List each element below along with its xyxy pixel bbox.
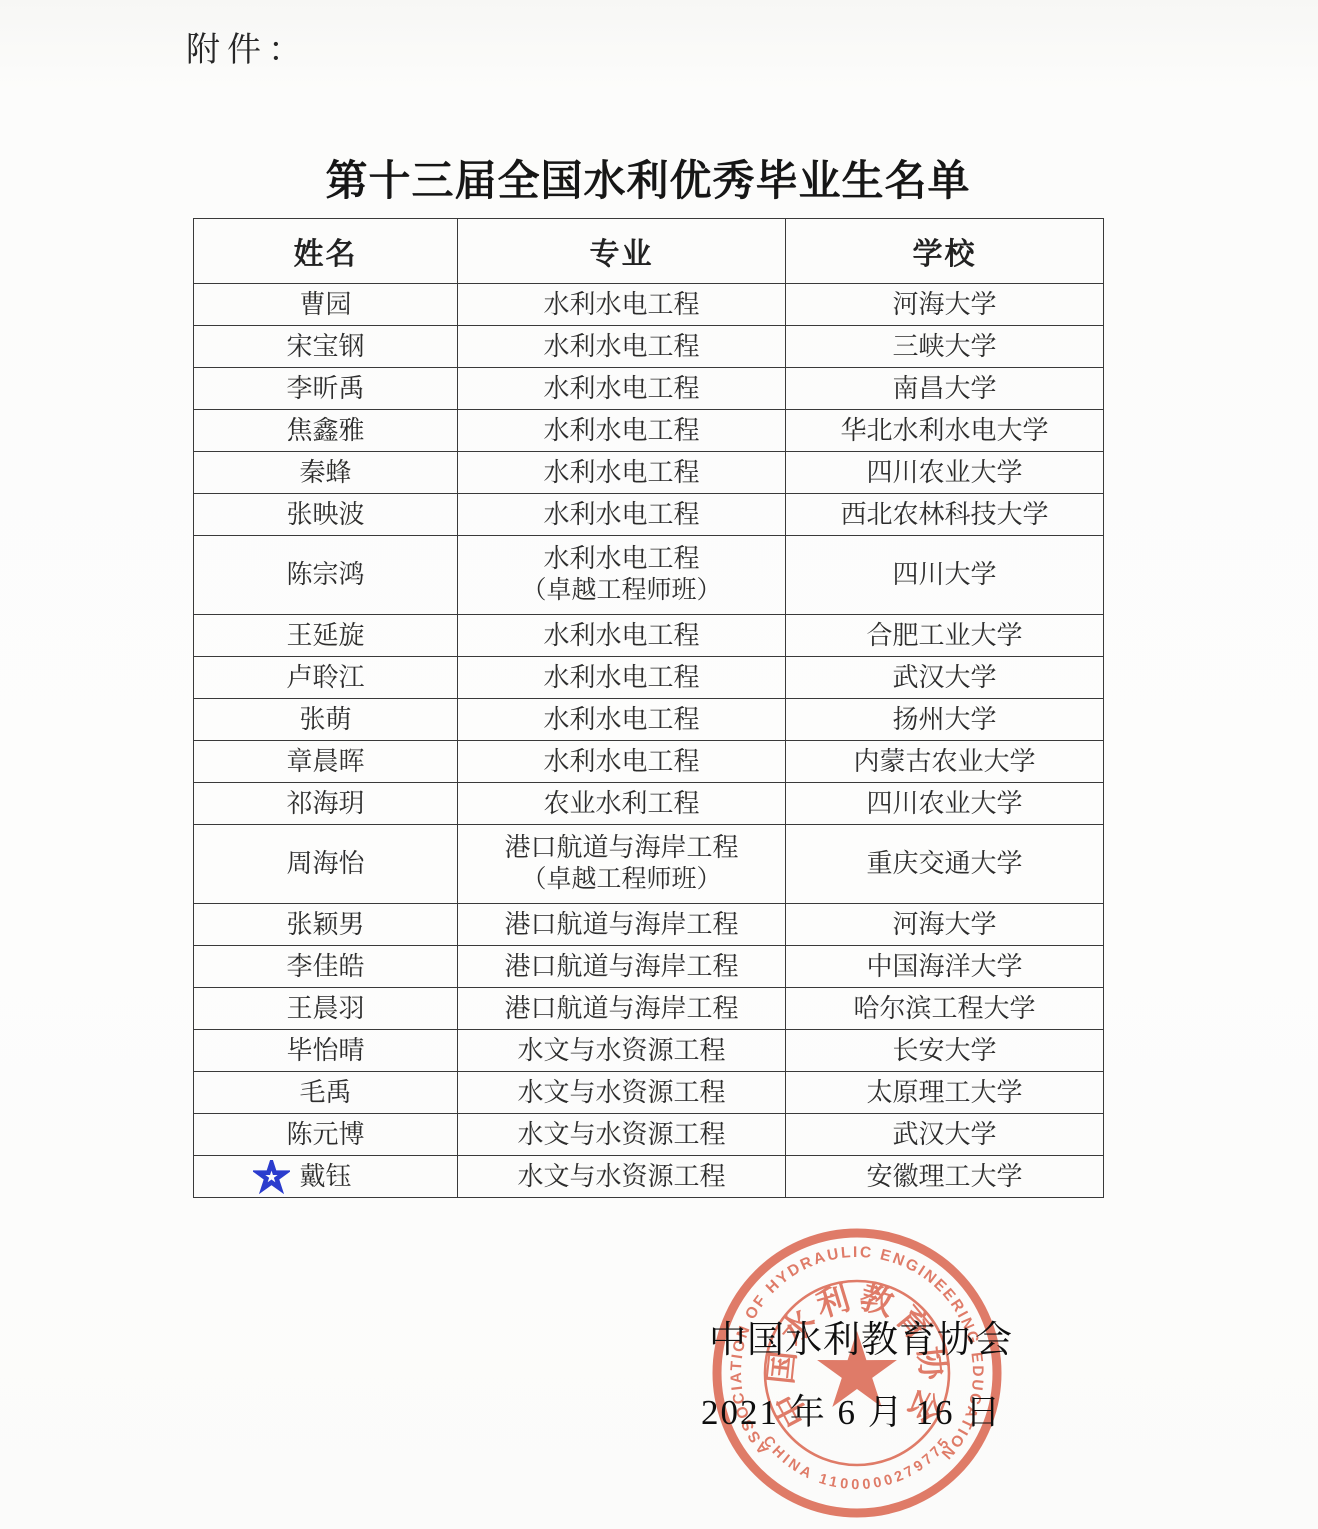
table-row: 毛禹 水文与水资源工程 太原理工大学: [194, 1072, 1104, 1114]
student-name: 李佳皓: [286, 951, 364, 983]
table-row: 周海怡 港口航道与海岸工程 （卓越工程师班） 重庆交通大学: [194, 825, 1104, 904]
major-text: 水利水电工程: [458, 620, 785, 652]
major-text: 港口航道与海岸工程: [458, 909, 785, 941]
school-cell: 西北农林科技大学: [786, 494, 1104, 536]
school-cell: 中国海洋大学: [786, 946, 1104, 988]
student-name-cell: 祁海玥: [194, 783, 458, 825]
major-cell: 水利水电工程: [458, 410, 786, 452]
major-text: 水文与水资源工程: [458, 1161, 785, 1193]
student-name-cell: 宋宝钢: [194, 326, 458, 368]
school-cell: 长安大学: [786, 1030, 1104, 1072]
major-cell: 水利水电工程: [458, 699, 786, 741]
student-name-cell: 秦蜂: [194, 452, 458, 494]
table-row: 卢聆江 水利水电工程 武汉大学: [194, 657, 1104, 699]
major-text: 水文与水资源工程: [458, 1077, 785, 1109]
student-name-cell: 周海怡: [194, 825, 458, 904]
student-name: 毛禹: [299, 1077, 351, 1109]
table-header: 姓名 专业 学校: [194, 219, 1104, 284]
major-text: 水利水电工程: [458, 704, 785, 736]
issue-date: 2021 年 6 月 16 日: [701, 1385, 1002, 1435]
school-cell: 重庆交通大学: [786, 825, 1104, 904]
major-cell: 水文与水资源工程: [458, 1114, 786, 1156]
major-text: 水利水电工程: [458, 457, 785, 489]
major-text: 水利水电工程: [458, 543, 785, 575]
student-name: 祁海玥: [286, 788, 364, 820]
major-cell: 水利水电工程: [458, 494, 786, 536]
school-cell: 四川大学: [786, 536, 1104, 615]
major-text: 水利水电工程: [458, 499, 785, 531]
major-cell: 水文与水资源工程: [458, 1030, 786, 1072]
major-cell: 水利水电工程: [458, 452, 786, 494]
major-text: 港口航道与海岸工程: [458, 832, 785, 864]
student-name-cell: 张颖男: [194, 904, 458, 946]
table-row: 李昕禹 水利水电工程 南昌大学: [194, 368, 1104, 410]
major-text: 水利水电工程: [458, 746, 785, 778]
school-cell: 哈尔滨工程大学: [786, 988, 1104, 1030]
student-name: 张映波: [286, 499, 364, 531]
graduates-table: 姓名 专业 学校 曹园 水利水电工程 河海大学 宋宝钢 水利水电工程 三峡大: [193, 218, 1104, 1198]
svg-text:CHINA 1100000279775: CHINA 1100000279775: [759, 1433, 954, 1493]
issuer-name: 中国水利教育协会: [709, 1309, 1013, 1363]
attachment-label: 附件：: [186, 22, 309, 71]
major-cell: 港口航道与海岸工程 （卓越工程师班）: [458, 825, 786, 904]
table-row: 张萌 水利水电工程 扬州大学: [194, 699, 1104, 741]
major-cell: 港口航道与海岸工程: [458, 904, 786, 946]
major-cell: 水利水电工程: [458, 284, 786, 326]
table-row: 王延旋 水利水电工程 合肥工业大学: [194, 615, 1104, 657]
official-seal-stamp: ASSOCIATION OF HYDRAULIC ENGINEERING EDU…: [707, 1223, 1007, 1523]
major-cell: 水利水电工程: [458, 657, 786, 699]
major-cell: 水利水电工程: [458, 615, 786, 657]
major-text: 水利水电工程: [458, 373, 785, 405]
student-name-cell: 张映波: [194, 494, 458, 536]
school-cell: 太原理工大学: [786, 1072, 1104, 1114]
table-row: 章晨晖 水利水电工程 内蒙古农业大学: [194, 741, 1104, 783]
student-name: 秦蜂: [299, 457, 351, 489]
major-note-text: （卓越工程师班）: [458, 864, 785, 896]
major-cell: 水利水电工程: [458, 326, 786, 368]
major-cell: 港口航道与海岸工程: [458, 988, 786, 1030]
major-cell: 水文与水资源工程: [458, 1156, 786, 1198]
student-name: 焦鑫雅: [286, 415, 364, 447]
student-name-cell: 曹园: [194, 284, 458, 326]
major-cell: 水利水电工程 （卓越工程师班）: [458, 536, 786, 615]
school-cell: 河海大学: [786, 904, 1104, 946]
student-name: 陈宗鸿: [286, 559, 364, 591]
school-cell: 合肥工业大学: [786, 615, 1104, 657]
column-header-school: 学校: [786, 219, 1104, 284]
student-name-cell: 陈宗鸿: [194, 536, 458, 615]
major-text: 农业水利工程: [458, 788, 785, 820]
student-name-cell: 章晨晖: [194, 741, 458, 783]
student-name: 周海怡: [286, 848, 364, 880]
table-row: 曹园 水利水电工程 河海大学: [194, 284, 1104, 326]
student-name-cell: 焦鑫雅: [194, 410, 458, 452]
student-name-cell: 王延旋: [194, 615, 458, 657]
student-name-cell: 毕怡晴: [194, 1030, 458, 1072]
star-icon: [253, 1160, 290, 1194]
table-row: 陈宗鸿 水利水电工程 （卓越工程师班） 四川大学: [194, 536, 1104, 615]
student-name: 毕怡晴: [286, 1035, 364, 1067]
school-cell: 内蒙古农业大学: [786, 741, 1104, 783]
major-text: 水利水电工程: [458, 415, 785, 447]
school-cell: 四川农业大学: [786, 783, 1104, 825]
student-name-cell: 陈元博: [194, 1114, 458, 1156]
major-text: 水文与水资源工程: [458, 1119, 785, 1151]
table-row: 张映波 水利水电工程 西北农林科技大学: [194, 494, 1104, 536]
student-name: 宋宝钢: [286, 331, 364, 363]
header-row: 姓名 专业 学校: [194, 219, 1104, 284]
student-name: 戴钰: [299, 1161, 351, 1193]
student-name-cell: 王晨羽: [194, 988, 458, 1030]
major-text: 港口航道与海岸工程: [458, 951, 785, 983]
school-cell: 武汉大学: [786, 1114, 1104, 1156]
major-cell: 水文与水资源工程: [458, 1072, 786, 1114]
table-row: 毕怡晴 水文与水资源工程 长安大学: [194, 1030, 1104, 1072]
column-header-name: 姓名: [194, 219, 458, 284]
school-cell: 华北水利水电大学: [786, 410, 1104, 452]
table-row: 张颖男 港口航道与海岸工程 河海大学: [194, 904, 1104, 946]
column-header-major: 专业: [458, 219, 786, 284]
school-cell: 南昌大学: [786, 368, 1104, 410]
seal-ring-text-bottom: CHINA 1100000279775: [759, 1433, 954, 1493]
school-cell: 武汉大学: [786, 657, 1104, 699]
table-row: 李佳皓 港口航道与海岸工程 中国海洋大学: [194, 946, 1104, 988]
table-row: 陈元博 水文与水资源工程 武汉大学: [194, 1114, 1104, 1156]
major-cell: 水利水电工程: [458, 741, 786, 783]
table-row: 焦鑫雅 水利水电工程 华北水利水电大学: [194, 410, 1104, 452]
table-row: 戴钰 水文与水资源工程 安徽理工大学: [194, 1156, 1104, 1198]
school-cell: 河海大学: [786, 284, 1104, 326]
table-row: 宋宝钢 水利水电工程 三峡大学: [194, 326, 1104, 368]
major-note-text: （卓越工程师班）: [458, 575, 785, 607]
student-name-cell: 李佳皓: [194, 946, 458, 988]
table-row: 王晨羽 港口航道与海岸工程 哈尔滨工程大学: [194, 988, 1104, 1030]
major-text: 水利水电工程: [458, 331, 785, 363]
school-cell: 四川农业大学: [786, 452, 1104, 494]
major-text: 水文与水资源工程: [458, 1035, 785, 1067]
roster-body: 曹园 水利水电工程 河海大学 宋宝钢 水利水电工程 三峡大学 李昕禹: [194, 284, 1104, 1198]
student-name-cell: 戴钰: [194, 1156, 458, 1198]
student-name: 王延旋: [286, 620, 364, 652]
major-cell: 农业水利工程: [458, 783, 786, 825]
student-name: 曹园: [299, 289, 351, 321]
scanned-document-page: { "document": { "attachment_label": "附件：…: [0, 0, 1318, 1529]
major-text: 港口航道与海岸工程: [458, 993, 785, 1025]
student-name: 陈元博: [286, 1119, 364, 1151]
school-cell: 三峡大学: [786, 326, 1104, 368]
student-name-cell: 李昕禹: [194, 368, 458, 410]
student-name: 章晨晖: [286, 746, 364, 778]
major-cell: 港口航道与海岸工程: [458, 946, 786, 988]
table-row: 祁海玥 农业水利工程 四川农业大学: [194, 783, 1104, 825]
major-cell: 水利水电工程: [458, 368, 786, 410]
student-name: 李昕禹: [286, 373, 364, 405]
major-text: 水利水电工程: [458, 289, 785, 321]
student-name: 王晨羽: [286, 993, 364, 1025]
school-cell: 安徽理工大学: [786, 1156, 1104, 1198]
student-name-cell: 张萌: [194, 699, 458, 741]
student-name-cell: 毛禹: [194, 1072, 458, 1114]
table-row: 秦蜂 水利水电工程 四川农业大学: [194, 452, 1104, 494]
page-title: 第十三届全国水利优秀毕业生名单: [193, 148, 1103, 208]
student-name: 张颖男: [286, 909, 364, 941]
student-name: 张萌: [299, 704, 351, 736]
student-name: 卢聆江: [286, 662, 364, 694]
major-text: 水利水电工程: [458, 662, 785, 694]
school-cell: 扬州大学: [786, 699, 1104, 741]
student-name-cell: 卢聆江: [194, 657, 458, 699]
